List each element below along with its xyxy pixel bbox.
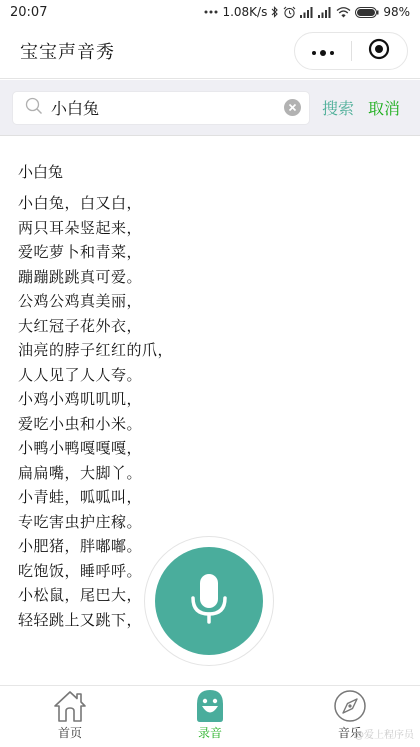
miniprogram-capsule <box>294 32 408 70</box>
tab-label: 首页 <box>58 724 82 741</box>
poem-line: 爱吃小虫和小米。 <box>18 412 420 437</box>
record-button-inner[interactable] <box>155 547 263 655</box>
clear-icon <box>288 103 297 112</box>
poem-line: 扁扁嘴，大脚丫。 <box>18 461 420 486</box>
signal-icon <box>318 7 332 18</box>
bluetooth-icon <box>271 6 279 18</box>
tab-label: 录音 <box>198 724 222 741</box>
poem-line: 油亮的脖子红红的爪， <box>18 338 420 363</box>
wifi-icon <box>336 7 351 18</box>
poem-title: 小白兔 <box>18 161 420 183</box>
watermark: @爱上程序员 <box>354 726 414 741</box>
poem-line: 小鸡小鸡叽叽叽， <box>18 387 420 412</box>
poem-line: 小青蛙，呱呱叫， <box>18 485 420 510</box>
status-time: 20:07 <box>10 5 47 20</box>
search-bar: 搜索 取消 <box>0 80 420 136</box>
search-input[interactable] <box>51 98 284 117</box>
poem-line: 小白兔，白又白， <box>18 191 420 216</box>
poem-line: 两只耳朵竖起来， <box>18 216 420 241</box>
poem-line: 人人见了人人夸。 <box>18 363 420 388</box>
poem-line: 爱吃萝卜和青菜， <box>18 240 420 265</box>
clear-button[interactable] <box>284 99 301 116</box>
poem-line: 蹦蹦跳跳真可爱。 <box>18 265 420 290</box>
tab-record[interactable]: 录音 <box>140 686 280 741</box>
signal-icon <box>300 7 314 18</box>
poem-line: 公鸡公鸡真美丽， <box>18 289 420 314</box>
network-speed: 1.08K/s <box>222 5 267 19</box>
tab-home[interactable]: 首页 <box>0 686 140 741</box>
alarm-icon <box>283 6 296 19</box>
page-title: 宝宝声音秀 <box>20 38 115 64</box>
poem-line: 小鸭小鸭嘎嘎嘎， <box>18 436 420 461</box>
nav-bar: 宝宝声音秀 <box>0 24 420 79</box>
home-icon <box>52 689 88 723</box>
tab-bar: 首页 录音 音乐 @爱上程序员 <box>0 685 420 747</box>
cancel-button[interactable]: 取消 <box>368 96 400 119</box>
search-box[interactable] <box>12 91 310 125</box>
poem-line: 大红冠子花外衣， <box>18 314 420 339</box>
record-button[interactable] <box>144 536 274 666</box>
status-icons: 1.08K/s 98% <box>204 5 410 19</box>
more-dots-icon <box>204 9 218 15</box>
record-circle-icon <box>368 38 390 64</box>
smiley-ghost-icon <box>192 689 228 723</box>
search-button[interactable]: 搜索 <box>322 96 354 119</box>
close-miniprogram-button[interactable] <box>352 33 408 69</box>
compass-icon <box>332 689 368 723</box>
more-button[interactable] <box>295 33 351 69</box>
poem-line: 专吃害虫护庄稼。 <box>18 510 420 535</box>
battery-percent: 98% <box>383 5 410 19</box>
microphone-icon <box>189 572 229 630</box>
search-icon <box>25 97 43 119</box>
app-screen: 20:07 1.08K/s 98% <box>0 0 420 747</box>
more-dots-icon <box>310 42 336 61</box>
battery-icon <box>355 7 379 18</box>
status-bar: 20:07 1.08K/s 98% <box>0 0 420 24</box>
